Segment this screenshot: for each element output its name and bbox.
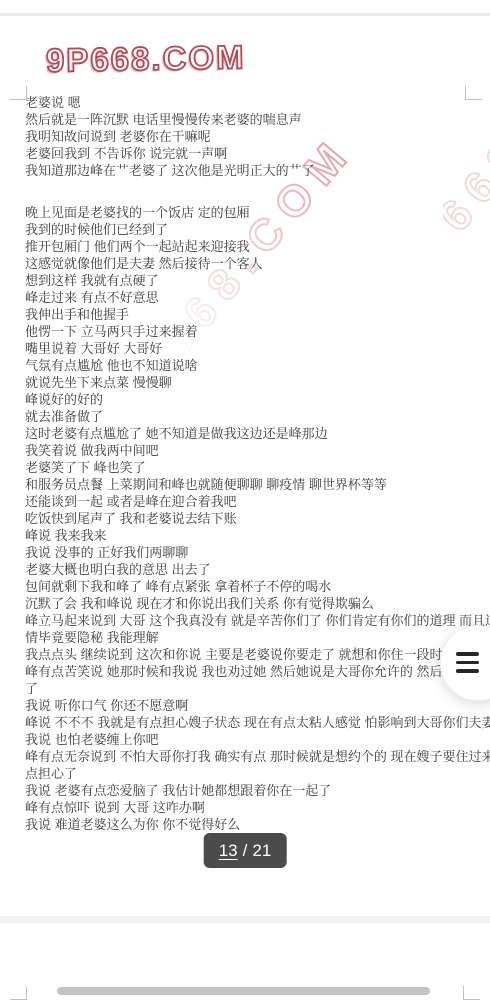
text-line: 老婆笑了下 峰也笑了 [25,459,490,476]
scan-corner-bottom-left [10,986,27,1000]
text-line: 我笑着说 做我两中间吧 [25,442,490,459]
text-line: 推开包厢门 他们两个一起站起来迎接我 [25,238,490,255]
next-page-placeholder-bar [57,987,430,995]
hamburger-menu-icon[interactable] [456,652,479,673]
paragraph: 晚上见面是老婆找的一个饭店 定的包厢我到的时候他们已经到了推开包厢门 他们两个一… [25,204,490,833]
text-line: 点担心了 [25,765,490,782]
text-line: 情毕竟要隐秘 我能理解 [25,629,490,646]
text-line: 我到的时候他们已经到了 [25,221,490,238]
page-indicator[interactable]: 13 / 21 [204,833,287,868]
text-line: 这时老婆有点尴尬了 她不知道是做我这边还是峰那边 [25,425,490,442]
text-line: 我说 听你口气 你还不愿意啊 [25,697,490,714]
site-watermark-logo: 9P668.COM [46,38,246,79]
text-line: 老婆回我到 不告诉你 说完就一声啊 [25,145,490,162]
text-content: 老婆说 嗯然后就是一阵沉默 电话里慢慢传来老婆的喘息声我明知故问说到 老婆你在干… [25,94,490,833]
text-line: 峰说 不不不 我就是有点担心嫂子状态 现在有点太粘人感觉 怕影响到大哥你们夫妻感… [25,714,490,731]
text-line: 气氛有点尴尬 他也不知道说啥 [25,357,490,374]
text-line: 我点点头 继续说到 这次和你说 主要是老婆说你要走了 就想和你住一段时间 [25,646,490,663]
text-line: 峰说好的好的 [25,391,490,408]
text-line: 晚上见面是老婆找的一个饭店 定的包厢 [25,204,490,221]
current-page-number[interactable]: 13 [219,841,238,861]
text-line: 吃饭快到尾声了 我和老婆说去结下账 [25,510,490,527]
text-line: 峰有点无奈说到 不怕大哥你打我 确实有点 那时候就是想约个的 现在嫂子要住过来 … [25,748,490,765]
text-line: 还能谈到一起 或者是峰在迎合着我吧 [25,493,490,510]
text-line: 我说 也怕老婆缠上你吧 [25,731,490,748]
text-line: 了 [25,680,490,697]
text-line: 我明知故问说到 老婆你在干嘛呢 [25,128,490,145]
text-line: 老婆说 嗯 [25,94,490,111]
text-line: 想到这样 我就有点硬了 [25,272,490,289]
text-line: 老婆大概也明白我的意思 出去了 [25,561,490,578]
text-line: 我知道那边峰在艹老婆了 这次他是光明正大的艹了 [25,162,490,179]
text-line: 峰有点惊吓 说到 大哥 这咋办啊 [25,799,490,816]
text-line: 峰说 我来我来 [25,527,490,544]
text-line: 然后就是一阵沉默 电话里慢慢传来老婆的喘息声 [25,111,490,128]
text-line: 峰立马起来说到 大哥 这个我真没有 就是辛苦你们了 你们肯定有你们的道理 而且这… [25,612,490,629]
text-line: 我说 没事的 正好我们两聊聊 [25,544,490,561]
text-line: 峰走过来 有点不好意思 [25,289,490,306]
text-line: 嘴里说着 大哥好 大哥好 [25,340,490,357]
scan-corner-bottom-right [463,986,480,1000]
text-line: 沉默了会 我和峰说 现在才和你说出我们关系 你有觉得欺骗么 [25,595,490,612]
text-line: 峰有点苦笑说 她那时候和我说 我也劝过她 然后她说是大哥你允许的 然后就顺带说， [25,663,490,680]
text-line: 我说 老婆有点恋爱脑了 我估计她都想跟着你在一起了 [25,782,490,799]
page-top-separator [0,13,490,16]
text-line: 他愣一下 立马两只手过来握着 [25,323,490,340]
text-line: 我说 难道老婆这么为你 你不觉得好么 [25,816,490,833]
text-line: 这感觉就像他们是夫妻 然后接待一个客人 [25,255,490,272]
paragraph: 老婆说 嗯然后就是一阵沉默 电话里慢慢传来老婆的喘息声我明知故问说到 老婆你在干… [25,94,490,179]
text-line: 就说先坐下来点菜 慢慢聊 [25,374,490,391]
total-page-count: 21 [252,841,271,861]
text-line: 我伸出手和他握手 [25,306,490,323]
text-line: 和服务员点餐 上菜期间和峰也就随便聊聊 聊疫情 聊世界杯等等 [25,476,490,493]
page-gap-separator [0,916,490,923]
text-line: 包间就剩下我和峰了 峰有点紧张 拿着杯子不停的喝水 [25,578,490,595]
page-separator: / [243,841,248,861]
text-line: 就去准备做了 [25,408,490,425]
